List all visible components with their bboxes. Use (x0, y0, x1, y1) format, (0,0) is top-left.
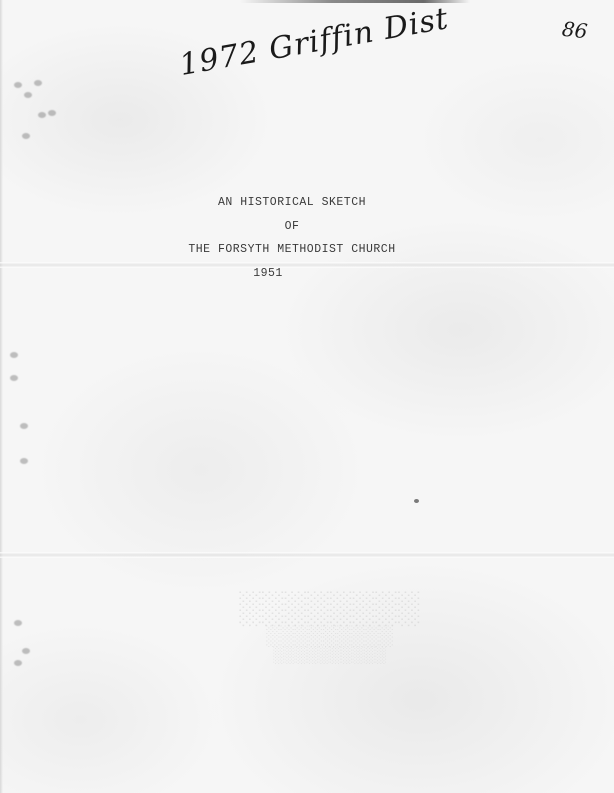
punch-mark (14, 660, 22, 666)
title-year: 1951 (0, 267, 536, 280)
bleed-through-line: ░░░░░░░░░░ (180, 647, 480, 665)
punch-mark (24, 92, 32, 98)
title-line-2: OF (0, 220, 584, 233)
punch-mark (34, 80, 42, 86)
punch-mark (22, 133, 30, 139)
title-line-3: THE FORSYTH METHODIST CHURCH (0, 243, 584, 256)
handwritten-page-number: 86 (561, 17, 589, 44)
punch-mark (22, 648, 30, 654)
bleed-through-line: ░░░░░░░░ (180, 590, 480, 625)
punch-mark (20, 423, 28, 429)
page-left-edge (0, 0, 3, 793)
punch-mark (38, 112, 46, 118)
punch-mark (14, 82, 22, 88)
punch-mark (20, 458, 28, 464)
ink-speck (414, 499, 419, 503)
punch-mark (48, 110, 56, 116)
punch-mark (14, 620, 22, 626)
punch-mark (10, 352, 18, 358)
handwritten-annotation: 1972 Griffin Dist (177, 1, 451, 83)
document-page: 1972 Griffin Dist 86 AN HISTORICAL SKETC… (0, 0, 614, 793)
punch-mark (10, 375, 18, 381)
fold-line-lower (0, 552, 614, 558)
bleed-through-text: ░░░░░░░░ ░░░░░░░░░ ░░░░░░░░░░ (180, 590, 480, 665)
title-line-1: AN HISTORICAL SKETCH (0, 196, 584, 209)
bleed-through-line: ░░░░░░░░░ (180, 625, 480, 647)
